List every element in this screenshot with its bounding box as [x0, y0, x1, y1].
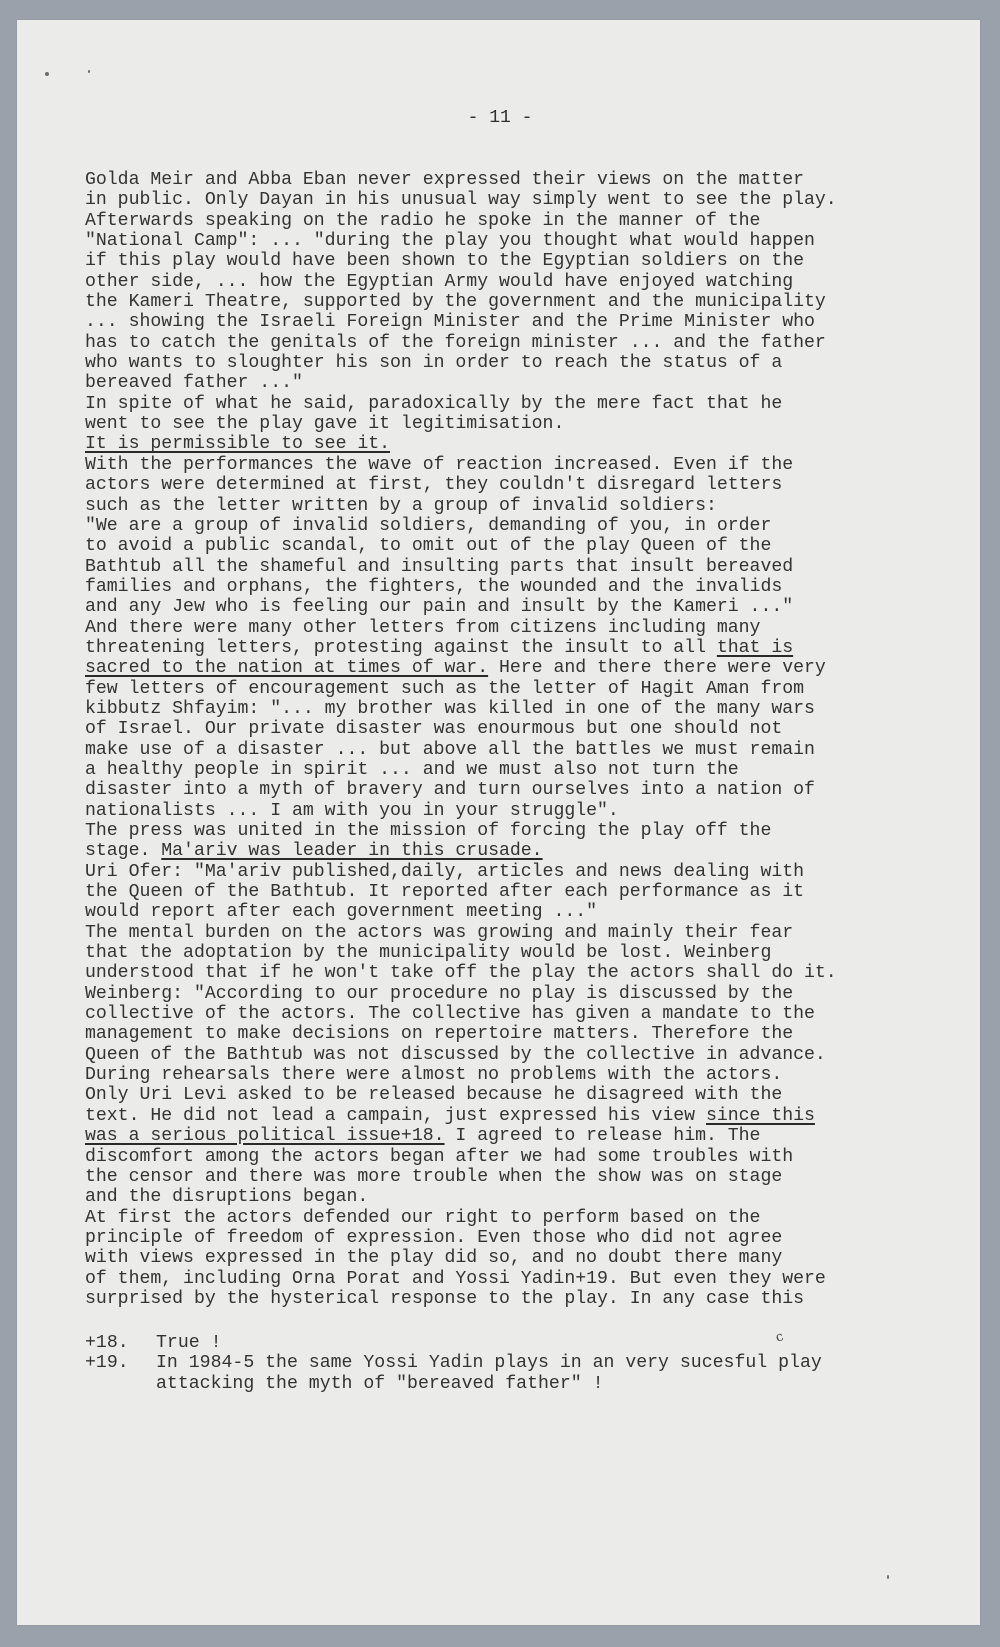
text-line: went to see the play gave it legitimisat…	[85, 414, 965, 434]
text-segment: with views expressed in the play did so,…	[85, 1248, 782, 1268]
text-line: understood that if he won't take off the…	[85, 963, 965, 983]
text-line: such as the letter written by a group of…	[85, 496, 965, 516]
paper-speck	[88, 70, 90, 73]
text-segment: Weinberg: "According to our procedure no…	[85, 984, 793, 1004]
text-line: of Israel. Our private disaster was enou…	[85, 719, 965, 739]
text-segment: other side, ... how the Egyptian Army wo…	[85, 272, 793, 292]
text-segment: a healthy people in spirit ... and we mu…	[85, 760, 739, 780]
text-segment: of Israel. Our private disaster was enou…	[85, 719, 782, 739]
footnote-text: In 1984-5 the same Yossi Yadin plays in …	[156, 1353, 822, 1373]
text-line: disaster into a myth of bravery and turn…	[85, 780, 965, 800]
text-segment: The mental burden on the actors was grow…	[85, 923, 793, 943]
text-line: It is permissible to see it.	[85, 434, 965, 454]
text-segment: the Kameri Theatre, supported by the gov…	[85, 292, 826, 312]
text-segment: With the performances the wave of reacti…	[85, 455, 793, 475]
text-line: was a serious political issue+18. I agre…	[85, 1126, 965, 1146]
text-line: of them, including Orna Porat and Yossi …	[85, 1269, 965, 1289]
text-segment: collective of the actors. The collective…	[85, 1004, 815, 1024]
text-line: During rehearsals there were almost no p…	[85, 1065, 965, 1085]
underlined-text: that is	[717, 638, 793, 658]
text-line: ... showing the Israeli Foreign Minister…	[85, 312, 965, 332]
text-segment: threatening letters, protesting against …	[85, 638, 717, 658]
footnote-text: True !	[156, 1333, 222, 1353]
text-segment: Queen of the Bathtub was not discussed b…	[85, 1045, 826, 1065]
text-line: and the disruptions began.	[85, 1187, 965, 1207]
text-line: With the performances the wave of reacti…	[85, 455, 965, 475]
text-line: and any Jew who is feeling our pain and …	[85, 597, 965, 617]
text-segment: And there were many other letters from c…	[85, 618, 760, 638]
text-segment: families and orphans, the fighters, the …	[85, 577, 782, 597]
text-line: that the adoptation by the municipality …	[85, 943, 965, 963]
text-segment: Afterwards speaking on the radio he spok…	[85, 211, 760, 231]
underlined-text: sacred to the nation at times of war.	[85, 658, 488, 678]
text-segment: text. He did not lead a campain, just ex…	[85, 1106, 706, 1126]
text-line: other side, ... how the Egyptian Army wo…	[85, 272, 965, 292]
text-line: Bathtub all the shameful and insulting p…	[85, 557, 965, 577]
text-segment: At first the actors defended our right t…	[85, 1208, 760, 1228]
footnote-text: attacking the myth of "bereaved father" …	[156, 1374, 604, 1394]
text-segment: the Queen of the Bathtub. It reported af…	[85, 882, 804, 902]
footnote-mark	[85, 1374, 156, 1394]
text-line: few letters of encouragement such as the…	[85, 679, 965, 699]
text-segment: make use of a disaster ... but above all…	[85, 740, 815, 760]
text-line: text. He did not lead a campain, just ex…	[85, 1106, 965, 1126]
text-line: kibbutz Shfayim: "... my brother was kil…	[85, 699, 965, 719]
text-line: discomfort among the actors began after …	[85, 1147, 965, 1167]
footnote-mark: +19.	[85, 1353, 156, 1373]
text-segment: During rehearsals there were almost no p…	[85, 1065, 782, 1085]
footnote: +18.True !	[85, 1333, 965, 1353]
text-line: stage. Ma'ariv was leader in this crusad…	[85, 841, 965, 861]
paper-speck	[45, 72, 49, 76]
text-line: if this play would have been shown to th…	[85, 251, 965, 271]
text-segment: disaster into a myth of bravery and turn…	[85, 780, 815, 800]
text-segment: bereaved father ..."	[85, 373, 303, 393]
text-line: The press was united in the mission of f…	[85, 821, 965, 841]
text-line: surprised by the hysterical response to …	[85, 1289, 965, 1309]
text-line: principle of freedom of expression. Even…	[85, 1228, 965, 1248]
underlined-text: was a serious political issue+18.	[85, 1126, 445, 1146]
text-line: At first the actors defended our right t…	[85, 1208, 965, 1228]
text-line: the Queen of the Bathtub. It reported af…	[85, 882, 965, 902]
text-line: who wants to sloughter his son in order …	[85, 353, 965, 373]
text-segment: discomfort among the actors began after …	[85, 1147, 793, 1167]
text-segment: and any Jew who is feeling our pain and …	[85, 597, 793, 617]
text-segment: nationalists ... I am with you in your s…	[85, 801, 619, 821]
text-segment: stage.	[85, 841, 161, 861]
text-segment: who wants to sloughter his son in order …	[85, 353, 782, 373]
text-line: The mental burden on the actors was grow…	[85, 923, 965, 943]
text-segment: to avoid a public scandal, to omit out o…	[85, 536, 771, 556]
text-line: "National Camp": ... "during the play yo…	[85, 231, 965, 251]
footnote: +19.In 1984-5 the same Yossi Yadin plays…	[85, 1353, 965, 1373]
text-segment: of them, including Orna Porat and Yossi …	[85, 1269, 826, 1289]
text-line: Weinberg: "According to our procedure no…	[85, 984, 965, 1004]
text-segment: management to make decisions on repertoi…	[85, 1024, 793, 1044]
text-segment: kibbutz Shfayim: "... my brother was kil…	[85, 699, 815, 719]
text-line: would report after each government meeti…	[85, 902, 965, 922]
text-segment: the censor and there was more trouble wh…	[85, 1167, 782, 1187]
text-segment: The press was united in the mission of f…	[85, 821, 771, 841]
text-segment: surprised by the hysterical response to …	[85, 1289, 804, 1309]
text-line: make use of a disaster ... but above all…	[85, 740, 965, 760]
text-line: "We are a group of invalid soldiers, dem…	[85, 516, 965, 536]
text-line: a healthy people in spirit ... and we mu…	[85, 760, 965, 780]
footnotes: +18.True !+19.In 1984-5 the same Yossi Y…	[85, 1333, 965, 1394]
text-segment: few letters of encouragement such as the…	[85, 679, 804, 699]
text-line: actors were determined at first, they co…	[85, 475, 965, 495]
text-segment: understood that if he won't take off the…	[85, 963, 837, 983]
text-line: has to catch the genitals of the foreign…	[85, 333, 965, 353]
text-line: Afterwards speaking on the radio he spok…	[85, 211, 965, 231]
footnote-mark: +18.	[85, 1333, 156, 1353]
text-segment: actors were determined at first, they co…	[85, 475, 782, 495]
text-line: nationalists ... I am with you in your s…	[85, 801, 965, 821]
text-segment: has to catch the genitals of the foreign…	[85, 333, 826, 353]
text-segment: "National Camp": ... "during the play yo…	[85, 231, 815, 251]
text-segment: I agreed to release him. The	[445, 1126, 761, 1146]
text-segment: in public. Only Dayan in his unusual way…	[85, 190, 837, 210]
text-line: Golda Meir and Abba Eban never expressed…	[85, 170, 965, 190]
text-line: collective of the actors. The collective…	[85, 1004, 965, 1024]
text-segment: "We are a group of invalid soldiers, dem…	[85, 516, 771, 536]
text-line: the Kameri Theatre, supported by the gov…	[85, 292, 965, 312]
text-segment: Uri Ofer: "Ma'ariv published,daily, arti…	[85, 862, 804, 882]
paper-speck	[887, 1575, 889, 1579]
text-line: management to make decisions on repertoi…	[85, 1024, 965, 1044]
text-line: bereaved father ..."	[85, 373, 965, 393]
text-segment: went to see the play gave it legitimisat…	[85, 414, 564, 434]
text-line: in public. Only Dayan in his unusual way…	[85, 190, 965, 210]
text-line: In spite of what he said, paradoxically …	[85, 394, 965, 414]
text-segment: Bathtub all the shameful and insulting p…	[85, 557, 793, 577]
page-number: - 11 -	[0, 108, 1000, 128]
text-line: with views expressed in the play did so,…	[85, 1248, 965, 1268]
footnote: attacking the myth of "bereaved father" …	[85, 1374, 965, 1394]
text-line: Queen of the Bathtub was not discussed b…	[85, 1045, 965, 1065]
text-segment: Only Uri Levi asked to be released becau…	[85, 1085, 782, 1105]
text-line: And there were many other letters from c…	[85, 618, 965, 638]
underlined-text: It is permissible to see it.	[85, 434, 390, 454]
underlined-text: since this	[706, 1106, 815, 1126]
text-line: Uri Ofer: "Ma'ariv published,daily, arti…	[85, 862, 965, 882]
text-segment: would report after each government meeti…	[85, 902, 597, 922]
body-text: Golda Meir and Abba Eban never expressed…	[85, 170, 965, 1309]
underlined-text: Ma'ariv was leader in this crusade.	[161, 841, 542, 861]
text-segment: Golda Meir and Abba Eban never expressed…	[85, 170, 804, 190]
text-segment: Here and there there were very	[488, 658, 826, 678]
text-line: threatening letters, protesting against …	[85, 638, 965, 658]
text-line: to avoid a public scandal, to omit out o…	[85, 536, 965, 556]
text-line: sacred to the nation at times of war. He…	[85, 658, 965, 678]
text-segment: In spite of what he said, paradoxically …	[85, 394, 782, 414]
text-segment: principle of freedom of expression. Even…	[85, 1228, 782, 1248]
text-segment: such as the letter written by a group of…	[85, 496, 717, 516]
text-segment: and the disruptions began.	[85, 1187, 368, 1207]
text-segment: if this play would have been shown to th…	[85, 251, 804, 271]
text-segment: ... showing the Israeli Foreign Minister…	[85, 312, 815, 332]
text-line: families and orphans, the fighters, the …	[85, 577, 965, 597]
text-line: the censor and there was more trouble wh…	[85, 1167, 965, 1187]
text-line: Only Uri Levi asked to be released becau…	[85, 1085, 965, 1105]
text-segment: that the adoptation by the municipality …	[85, 943, 771, 963]
